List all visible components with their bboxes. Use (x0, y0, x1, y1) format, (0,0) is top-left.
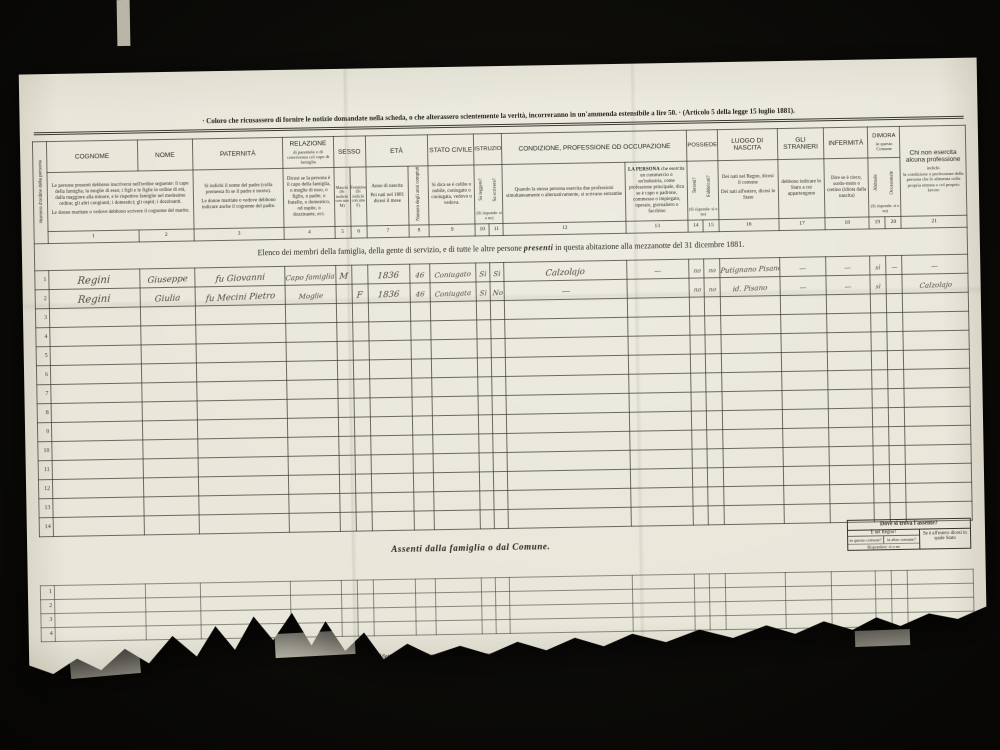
empty-cell (721, 352, 782, 372)
empty-cell (353, 341, 369, 360)
empty-cell (721, 333, 782, 353)
empty-cell (480, 471, 494, 490)
empty-cell (782, 408, 829, 428)
empty-cell (781, 370, 828, 390)
empty-cell (336, 322, 352, 341)
empty-cell (352, 303, 368, 322)
empty-cell (436, 620, 482, 635)
empty-cell (53, 516, 144, 537)
cell-stato-civile: Coniugato (430, 263, 477, 283)
cell-stato-civile: Coniugata (430, 282, 477, 302)
empty-cell (369, 359, 412, 379)
empty-cell (196, 361, 287, 382)
empty-cell (370, 435, 413, 455)
empty-cell (52, 440, 143, 461)
empty-cell (416, 606, 436, 620)
cell-relazione: Capo famiglia (285, 265, 336, 285)
empty-cell (337, 360, 353, 379)
empty-cell (695, 616, 710, 630)
empty-cell (630, 468, 693, 488)
empty-cell (892, 570, 908, 584)
empty-cell (888, 388, 904, 407)
empty-cell (53, 497, 144, 518)
empty-cell (871, 331, 887, 350)
empty-cell (354, 398, 370, 417)
empty-cell (412, 396, 432, 415)
empty-cell (358, 622, 374, 636)
cell-condizione: — (504, 279, 627, 300)
empty-cell (692, 449, 707, 468)
cell-cognome: Regini (49, 269, 140, 290)
desc-stranieri: debbono indicare lo Stato a cui apparten… (778, 159, 825, 218)
empty-cell (287, 398, 338, 418)
row-number-cell: 5 (36, 346, 50, 365)
signature: Regini Giuseppe (692, 636, 793, 654)
col-nome: NOME (137, 139, 193, 171)
empty-cell (337, 341, 353, 360)
empty-cell (291, 608, 342, 623)
empty-cell (142, 439, 198, 459)
empty-cell (888, 350, 904, 369)
empty-cell (889, 445, 905, 464)
empty-cell (479, 414, 493, 433)
empty-cell (199, 494, 290, 515)
row-number-cell: 10 (38, 441, 52, 460)
empty-cell (725, 586, 786, 601)
empty-cell (905, 444, 971, 464)
row-number-cell: 2 (41, 599, 55, 613)
empty-cell (482, 591, 496, 605)
empty-cell (873, 426, 889, 445)
desc-paternita: Si indichi il nome del padre (colla prem… (193, 169, 284, 229)
empty-cell (354, 436, 370, 455)
desc-infermita: Dire se è cieco, sordo-muto o cretino (i… (824, 158, 869, 217)
cell-terreni: no (689, 259, 704, 278)
empty-cell (828, 408, 873, 428)
empty-cell (691, 392, 706, 411)
row-number-cell: 7 (37, 384, 51, 403)
row-number-cell: 6 (36, 365, 50, 384)
empty-cell (832, 599, 876, 614)
row-number-cell: 8 (37, 403, 51, 422)
empty-cell (889, 426, 905, 445)
empty-cell (872, 388, 888, 407)
empty-cell (51, 383, 142, 404)
empty-cell (338, 436, 354, 455)
empty-cell (908, 597, 974, 612)
empty-cell (374, 607, 416, 622)
row-number-cell: 2 (35, 289, 49, 308)
empty-cell (827, 313, 872, 333)
empty-cell (371, 492, 414, 512)
empty-cell (508, 507, 631, 528)
empty-cell (707, 429, 722, 448)
empty-cell (142, 420, 198, 440)
empty-cell (493, 452, 507, 471)
empty-cell (433, 453, 480, 473)
empty-cell (50, 326, 141, 347)
empty-cell (887, 312, 903, 331)
empty-cell (493, 414, 507, 433)
empty-cell (477, 300, 491, 319)
empty-cell (339, 474, 355, 493)
empty-cell (889, 407, 905, 426)
empty-cell (435, 578, 481, 593)
empty-cell (415, 592, 435, 606)
empty-cell (434, 510, 481, 530)
empty-cell (692, 411, 707, 430)
row-number-cell: 9 (37, 422, 51, 441)
empty-cell (337, 379, 353, 398)
empty-cell (201, 623, 292, 639)
empty-cell (784, 503, 831, 523)
cell-paternita: fu Giovanni (195, 266, 286, 287)
desc-dimora: AbitualeOccasionale(Si risponda: sì o no… (868, 158, 901, 217)
empty-cell (431, 320, 478, 340)
col-condizione: CONDIZIONE, PROFESSIONE OD OCCUPAZIONE (502, 131, 688, 165)
empty-cell (887, 331, 903, 350)
empty-cell (872, 369, 888, 388)
empty-cell (341, 594, 357, 608)
empty-cell (827, 332, 872, 352)
empty-cell (433, 434, 480, 454)
cell-femmine (351, 265, 367, 284)
empty-cell (903, 330, 969, 350)
cell-femmine: F (352, 284, 368, 303)
empty-cell (355, 474, 371, 493)
empty-cell (708, 505, 723, 524)
empty-cell (723, 466, 784, 486)
empty-cell (478, 395, 492, 414)
desc-cognome-nome: Le persone presenti debbono inscriversi … (47, 170, 194, 231)
empty-cell (705, 315, 720, 334)
empty-cell (892, 612, 908, 626)
desc-anno-nascita: Anno di nascitaPei nati nel 1881 dicesi … (366, 167, 409, 226)
empty-cell (830, 484, 875, 504)
empty-cell (828, 370, 873, 390)
empty-cell (287, 360, 338, 380)
empty-cell (708, 467, 723, 486)
empty-cell (871, 312, 887, 331)
empty-cell (286, 303, 337, 323)
empty-cell (140, 325, 196, 345)
census-table: Numero d'ordine della persona COGNOME NO… (32, 125, 973, 537)
cell-la-persona (627, 278, 690, 298)
empty-cell (480, 490, 494, 509)
empty-cell (491, 319, 505, 338)
empty-cell (342, 622, 358, 636)
cell-maschi (336, 284, 352, 303)
empty-cell (491, 338, 505, 357)
empty-cell (904, 349, 970, 369)
empty-cell (722, 409, 783, 429)
empty-cell (890, 464, 906, 483)
empty-cell (627, 297, 690, 317)
empty-cell (826, 294, 871, 314)
empty-cell (431, 358, 478, 378)
cell-paternita: fu Mecini Pietro (195, 285, 286, 306)
empty-cell (479, 452, 493, 471)
paper-surface: · Coloro che ricusassero di fornire le n… (19, 58, 988, 675)
empty-cell (506, 355, 629, 376)
empty-cell (140, 306, 196, 326)
empty-cell (368, 321, 411, 341)
col-stranieri: GLI STRANIERI (777, 128, 824, 160)
empty-cell (197, 418, 288, 439)
empty-cell (432, 415, 479, 435)
empty-cell (49, 307, 140, 328)
empty-cell (372, 511, 415, 531)
empty-cell (506, 393, 629, 414)
empty-cell (829, 465, 874, 485)
cell-terreni: no (689, 278, 704, 297)
empty-cell (482, 577, 496, 591)
empty-cell (710, 601, 725, 615)
empty-cell (143, 458, 199, 478)
empty-cell (355, 493, 371, 512)
empty-cell (783, 446, 830, 466)
empty-cell (477, 338, 491, 357)
empty-cell (708, 486, 723, 505)
empty-cell (707, 448, 722, 467)
empty-cell (786, 599, 832, 614)
empty-cell (628, 354, 691, 374)
empty-cell (876, 570, 892, 584)
empty-cell (628, 335, 691, 355)
empty-cell (198, 456, 289, 477)
cell-fabbricati: no (704, 277, 719, 296)
empty-cell (143, 496, 199, 516)
empty-cell (693, 468, 708, 487)
row-number-cell: 14 (39, 517, 53, 536)
empty-cell (52, 459, 143, 480)
empty-cell (506, 374, 629, 395)
empty-cell (691, 373, 706, 392)
empty-cell (413, 434, 433, 453)
empty-cell (373, 593, 415, 608)
empty-cell (785, 585, 831, 600)
desc-condizione-13: LA PERSONA che esercita un commercio o u… (625, 162, 688, 221)
empty-cell (357, 608, 373, 622)
empty-cell (829, 446, 874, 466)
cell-abituale: sì (870, 274, 886, 293)
assenti-caption: Assenti dalla famiglia o dal Comune. (391, 541, 550, 554)
empty-cell (370, 416, 413, 436)
empty-cell (832, 585, 876, 600)
empty-cell (691, 354, 706, 373)
empty-cell (710, 587, 725, 601)
empty-cell (432, 396, 479, 416)
dove-si-trova-box: Dove si trova l'assente? È nel Regno? in… (847, 517, 972, 550)
desc-anni-compiuti: Numero degli anni compiuti (408, 166, 429, 225)
empty-cell (371, 473, 414, 493)
empty-cell (411, 339, 431, 358)
empty-cell (373, 579, 415, 594)
desc-stato-civile: Si dica se è celibe o nubile, coniugato … (428, 165, 475, 224)
empty-cell (370, 397, 413, 417)
cell-anni: 46 (410, 264, 430, 283)
cell-stranieri: — (780, 275, 827, 295)
empty-cell (905, 425, 971, 445)
empty-cell (876, 612, 892, 626)
empty-cell (338, 417, 354, 436)
declaration: Dichiaro che le suddette informazioni so… (331, 634, 971, 660)
cell-fabbricati: no (704, 258, 719, 277)
row-number-cell: 4 (41, 627, 55, 641)
empty-cell (289, 474, 340, 494)
empty-cell (780, 294, 827, 314)
col-luogo-nascita: LUOGO DI NASCITA (717, 129, 778, 161)
empty-cell (142, 401, 198, 421)
cell-infermita: — (826, 256, 871, 276)
empty-cell (430, 301, 477, 321)
empty-cell (494, 509, 508, 528)
cell-sa-leggere: Sì (476, 262, 490, 281)
empty-cell (412, 377, 432, 396)
cell-cognome: Regini (49, 288, 140, 309)
row-number-cell: 4 (36, 327, 50, 346)
col-istruzione: ISTRUZIONE (474, 134, 503, 165)
empty-cell (690, 335, 705, 354)
empty-cell (368, 302, 411, 322)
empty-cell (827, 351, 872, 371)
empty-cell (781, 351, 828, 371)
empty-cell (288, 436, 339, 456)
empty-cell (496, 619, 510, 633)
empty-cell (146, 625, 202, 640)
empty-cell (432, 377, 479, 397)
empty-cell (505, 298, 628, 319)
empty-cell (723, 485, 784, 505)
desc-condizione-12: Quando la stessa persona esercita due pr… (502, 163, 626, 224)
empty-cell (413, 472, 433, 491)
empty-cell (53, 478, 144, 499)
empty-cell (411, 320, 431, 339)
empty-cell (724, 504, 785, 524)
empty-cell (339, 455, 355, 474)
empty-cell (693, 506, 708, 525)
empty-cell (51, 402, 142, 423)
empty-cell (906, 482, 972, 502)
empty-cell (829, 427, 874, 447)
empty-cell (873, 445, 889, 464)
empty-cell (353, 360, 369, 379)
empty-cell (720, 295, 781, 315)
empty-cell (353, 379, 369, 398)
empty-cell (415, 578, 435, 592)
cell-sa-scrivere: No (490, 281, 504, 300)
cell-stranieri: — (779, 256, 826, 276)
empty-cell (725, 600, 786, 615)
empty-cell (143, 477, 199, 497)
desc-istruzione: Sa leggere?Sa scrivere?(Si risponda: sì … (474, 165, 503, 224)
empty-cell (876, 584, 892, 598)
row-number-cell: 12 (38, 479, 52, 498)
empty-cell (629, 373, 692, 393)
empty-cell (725, 572, 786, 587)
empty-cell (492, 395, 506, 414)
empty-cell (710, 573, 725, 587)
empty-cell (431, 339, 478, 359)
desc-possiede: Terreni?Fabbricati?(Si risponda: sì o no… (687, 161, 718, 220)
empty-cell (352, 322, 368, 341)
empty-cell (690, 316, 705, 335)
empty-cell (286, 322, 337, 342)
paper-edge-sliver (117, 0, 131, 46)
empty-cell (357, 580, 373, 594)
desc-maschi: Maschi(Si indichi con una M) (333, 168, 350, 227)
empty-cell (55, 626, 146, 642)
cell-condizione: Calzolajo (504, 260, 627, 281)
empty-cell (141, 363, 197, 383)
empty-cell (630, 430, 693, 450)
empty-cell (354, 417, 370, 436)
cell-sa-leggere: Sì (476, 281, 490, 300)
empty-cell (874, 464, 890, 483)
empty-cell (630, 449, 693, 469)
empty-cell (478, 357, 492, 376)
empty-cell (632, 574, 695, 589)
empty-cell (493, 433, 507, 452)
empty-cell (876, 598, 892, 612)
empty-cell (785, 571, 831, 586)
empty-cell (892, 584, 908, 598)
empty-cell (496, 605, 510, 619)
empty-cell (494, 490, 508, 509)
empty-cell (887, 293, 903, 312)
empty-cell (695, 574, 710, 588)
col-cognome: COGNOME (47, 140, 138, 173)
empty-cell (505, 317, 628, 338)
empty-cell (832, 613, 876, 628)
empty-cell (198, 475, 289, 496)
empty-cell (482, 619, 496, 633)
cell-chi-non-esercita: Calzolajo (902, 273, 968, 293)
desc-relazione: Dicesi se la persona è il capo della fam… (283, 168, 334, 227)
empty-cell (288, 417, 339, 437)
empty-cell (633, 616, 696, 631)
empty-cell (434, 491, 481, 511)
empty-cell (369, 340, 412, 360)
empty-cell (374, 621, 416, 636)
empty-cell (726, 614, 787, 629)
row-number-cell: 3 (41, 613, 55, 627)
row-number-label: Numero d'ordine della persona (37, 160, 43, 223)
empty-cell (871, 293, 887, 312)
col-dimora: DIMORAin questo Comune (868, 127, 901, 159)
empty-cell (357, 594, 373, 608)
empty-cell (508, 488, 631, 509)
empty-cell (436, 592, 482, 607)
empty-cell (510, 617, 633, 633)
empty-cell (786, 613, 832, 628)
signature-line: Regini Giuseppe (667, 634, 971, 654)
cell-luogo-nascita: id. Pisano (720, 276, 781, 296)
empty-cell (479, 433, 493, 452)
empty-cell (706, 372, 721, 391)
col-relazione: RELAZIONEdi parentela o di convivenza co… (283, 137, 334, 169)
cell-sa-scrivere: Sì (490, 262, 504, 281)
empty-cell (903, 311, 969, 331)
empty-cell (289, 493, 340, 513)
empty-cell (433, 472, 480, 492)
empty-cell (145, 597, 201, 612)
empty-cell (706, 353, 721, 372)
cell-relazione: Moglie (285, 284, 336, 304)
empty-cell (141, 382, 197, 402)
empty-cell (507, 431, 630, 452)
empty-cell (341, 580, 357, 594)
